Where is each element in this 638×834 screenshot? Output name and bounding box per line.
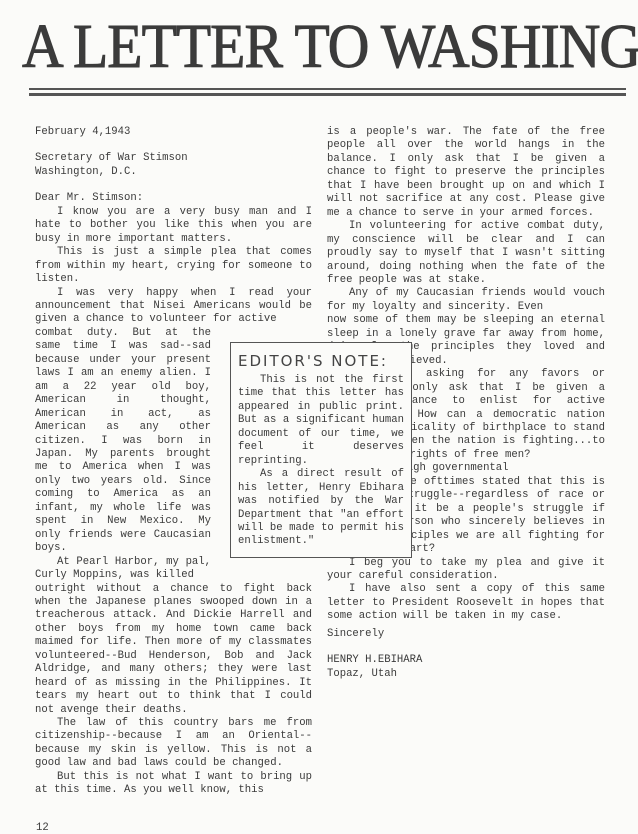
- paragraph: I was very happy when I read your announ…: [35, 287, 312, 327]
- paragraph: Any of my Caucasian friends would vouch …: [327, 287, 605, 314]
- paragraph: In volunteering for active combat duty, …: [327, 220, 605, 287]
- signature-name: HENRY H.EBIHARA: [327, 654, 605, 667]
- recipient-line: Washington, D.C.: [35, 166, 312, 179]
- editors-note-box: EDITOR'S NOTE: This is not the first tim…: [230, 342, 412, 558]
- paragraph: At Pearl Harbor, my pal, Curly Moppins, …: [35, 556, 211, 583]
- signature-place: Topaz, Utah: [327, 668, 605, 681]
- salutation: Dear Mr. Stimson:: [35, 192, 312, 205]
- paragraph: is a people's war. The fate of the free …: [327, 126, 605, 220]
- paragraph: I beg you to take my plea and give it yo…: [327, 557, 605, 584]
- title-rule-top: [29, 88, 626, 90]
- editors-note-heading: EDITOR'S NOTE:: [238, 351, 404, 371]
- title-rule-bottom: [29, 93, 626, 96]
- paragraph: The law of this country bars me from cit…: [35, 717, 312, 771]
- paragraph: I know you are a very busy man and I hat…: [35, 206, 312, 246]
- page-number: 12: [36, 822, 49, 834]
- page-title: A LETTER TO WASHINGTON: [22, 12, 580, 82]
- paragraph: combat duty. But at the same time I was …: [35, 327, 211, 556]
- editors-note-paragraph: As a direct result of his letter, Henry …: [238, 468, 404, 549]
- paragraph: But this is not what I want to bring up …: [35, 771, 312, 798]
- paragraph: outright without a chance to fight back …: [35, 583, 312, 718]
- closing: Sincerely: [327, 628, 605, 641]
- editors-note-paragraph: This is not the first time that this let…: [238, 374, 404, 468]
- letter-date: February 4,1943: [35, 126, 312, 139]
- paragraph: This is just a simple plea that comes fr…: [35, 246, 312, 286]
- paragraph: I have also sent a copy of this same let…: [327, 583, 605, 623]
- recipient-line: Secretary of War Stimson: [35, 152, 312, 165]
